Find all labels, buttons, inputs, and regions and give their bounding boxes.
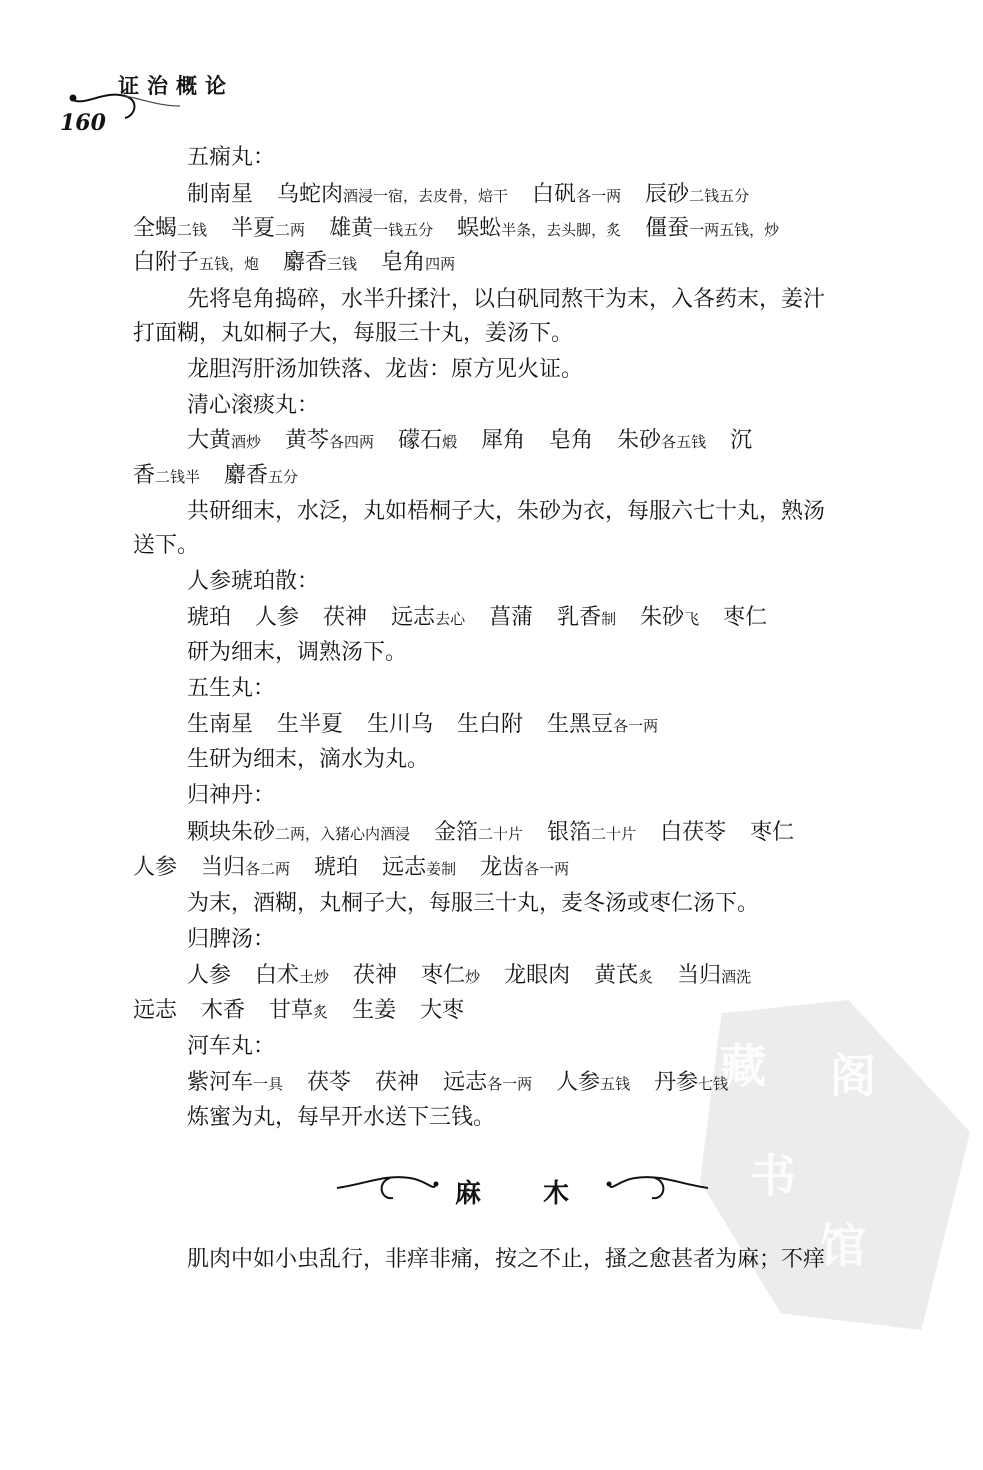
recipe-title: 五痫丸： bbox=[187, 143, 275, 173]
section-body-text: 肌肉中如小虫乱行，非痒非痛，按之不止，搔之愈甚者为麻；不痒 bbox=[187, 1245, 825, 1275]
recipe-title: 人参琥珀散： bbox=[187, 567, 319, 597]
ingredient-line: 远志木香甘草炙生姜大枣 bbox=[133, 996, 464, 1027]
ingredient-line: 制南星乌蛇肉酒浸一宿，去皮骨，焙干白矾各一两辰砂二钱五分 bbox=[187, 180, 749, 211]
recipe-title: 归神丹： bbox=[187, 781, 275, 811]
ingredient-line: 白附子五钱，炮麝香三钱皂角四两 bbox=[133, 248, 455, 279]
method-text: 打面糊，丸如桐子大，每服三十丸，姜汤下。 bbox=[133, 319, 573, 349]
section-swirl-left-icon bbox=[335, 1170, 445, 1206]
method-text: 生研为细末，滴水为丸。 bbox=[187, 745, 429, 775]
recipe-title: 五生丸： bbox=[187, 674, 275, 704]
method-text: 炼蜜为丸，每早开水送下三钱。 bbox=[187, 1103, 495, 1133]
ingredient-line: 紫河车一具茯苓茯神远志各一两人参五钱丹参七钱 bbox=[187, 1068, 728, 1099]
ingredient-line: 人参白术土炒茯神枣仁炒龙眼肉黄芪炙当归酒洗 bbox=[187, 961, 751, 992]
watermark-char: 阁 bbox=[830, 1040, 876, 1106]
watermark-char: 书 bbox=[750, 1140, 796, 1206]
method-text: 研为细末，调熟汤下。 bbox=[187, 638, 407, 668]
ingredient-line: 琥珀人参茯神远志去心菖蒲乳香制朱砂飞枣仁 bbox=[187, 603, 767, 634]
method-text: 为末，酒糊，丸桐子大，每服三十丸，麦冬汤或枣仁汤下。 bbox=[187, 889, 759, 919]
recipe-title: 归脾汤： bbox=[187, 925, 275, 955]
ingredient-line: 颗块朱砂二两，入猪心内酒浸金箔二十片银箔二十片白茯苓枣仁 bbox=[187, 818, 794, 849]
page-number: 160 bbox=[60, 110, 106, 136]
method-text: 共研细末，水泛，丸如梧桐子大，朱砂为衣，每服六七十丸，熟汤 bbox=[187, 497, 825, 527]
ingredient-line: 大黄酒炒黄芩各四两礞石煅犀角皂角朱砂各五钱沉 bbox=[187, 426, 752, 457]
ingredient-line: 香二钱半麝香五分 bbox=[133, 461, 298, 492]
running-header-title: 证治概论 bbox=[118, 70, 234, 100]
ingredient-line: 生南星生半夏生川乌生白附生黑豆各一两 bbox=[187, 710, 658, 741]
library-watermark-stamp: 藏 阁 书 馆 bbox=[700, 1000, 970, 1330]
recipe-reference: 龙胆泻肝汤加铁落、龙齿：原方见火证。 bbox=[187, 355, 583, 385]
section-heading: 麻木 bbox=[455, 1173, 569, 1210]
watermark-char: 馆 bbox=[820, 1210, 866, 1276]
ingredient-line: 人参当归各二两琥珀远志姜制龙齿各一两 bbox=[133, 853, 569, 884]
section-swirl-right-icon bbox=[600, 1170, 710, 1206]
recipe-title: 河车丸： bbox=[187, 1032, 275, 1062]
method-text: 先将皂角捣碎，水半升揉汁，以白矾同熬干为末，入各药末，姜汁 bbox=[187, 285, 825, 315]
ingredient-line: 全蝎二钱半夏二两雄黄一钱五分蜈蚣半条，去头脚，炙僵蚕一两五钱，炒 bbox=[133, 214, 779, 245]
method-text: 送下。 bbox=[133, 531, 199, 561]
recipe-title: 清心滚痰丸： bbox=[187, 391, 319, 421]
